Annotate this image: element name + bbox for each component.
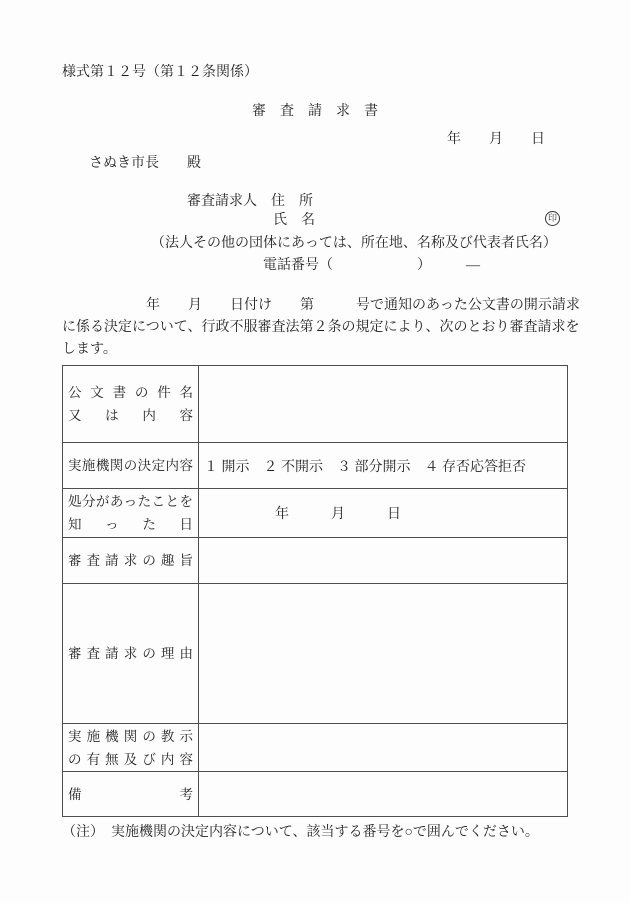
phone-line: 電話番号（ ） ―: [263, 257, 480, 275]
date-line: 年 月 日: [447, 131, 545, 149]
body-line-3: します。: [62, 341, 117, 359]
document-page: 様式第１２号（第１２条関係） 審 査 請 求 書 年 月 日 さぬき市長 殿 審…: [0, 0, 630, 903]
row-value-remarks: [199, 772, 567, 816]
table-row-instruction: 実 施 機 関 の 教 示 の 有 無 及 び 内 容: [63, 724, 567, 772]
row-label-remarks: 備 考: [63, 772, 199, 816]
table-row-decision: 実施機関の決定内容 １ 開示 ２ 不開示 ３ 部分開示 ４ 存否応答拒否: [63, 443, 567, 489]
row-value-purpose: [199, 538, 567, 583]
row-value-known-date: 年 月 日: [199, 489, 567, 537]
row-value-decision: １ 開示 ２ 不開示 ３ 部分開示 ４ 存否応答拒否: [199, 443, 567, 488]
document-title: 審 査 請 求 書: [252, 103, 378, 121]
row-label-instruction: 実 施 機 関 の 教 示 の 有 無 及 び 内 容: [63, 724, 199, 771]
row-label-document-name: 公 文 書 の 件 名 又 は 内 容: [63, 366, 199, 442]
row-value-document-name: [199, 366, 567, 442]
table-row-remarks: 備 考: [63, 772, 567, 816]
form-table: 公 文 書 の 件 名 又 は 内 容 実施機関の決定内容 １ 開示 ２ 不開示…: [62, 365, 568, 817]
applicant-address-line: 審査請求人 住 所: [187, 193, 313, 211]
table-row-known-date: 処分があったことを 知 っ た 日 年 月 日: [63, 489, 567, 538]
form-number: 様式第１２号（第１２条関係）: [62, 64, 258, 82]
footnote: （注） 実施機関の決定内容について、該当する番号を○で囲んでください。: [62, 824, 539, 842]
body-line-2: に係る決定について、行政不服審査法第２条の規定により、次のとおり審査請求を: [62, 319, 579, 337]
corporate-note: （法人その他の団体にあっては、所在地、名称及び代表者氏名）: [151, 235, 557, 253]
row-label-reason: 審 査 請 求 の 理 由: [63, 584, 199, 723]
table-row-document-name: 公 文 書 の 件 名 又 は 内 容: [63, 366, 567, 443]
table-row-purpose: 審 査 請 求 の 趣 旨: [63, 538, 567, 584]
row-value-instruction: [199, 724, 567, 771]
row-label-decision: 実施機関の決定内容: [63, 443, 199, 488]
addressee-line: さぬき市長 殿: [89, 155, 201, 173]
row-label-known-date: 処分があったことを 知 っ た 日: [63, 489, 199, 537]
seal-icon: 印: [545, 211, 560, 226]
body-line-1: 年 月 日付け 第 号で通知のあった公文書の開示請求: [62, 297, 580, 315]
table-row-reason: 審 査 請 求 の 理 由: [63, 584, 567, 724]
applicant-name-line: 氏 名: [273, 212, 315, 230]
row-value-reason: [199, 584, 567, 723]
row-label-purpose: 審 査 請 求 の 趣 旨: [63, 538, 199, 583]
